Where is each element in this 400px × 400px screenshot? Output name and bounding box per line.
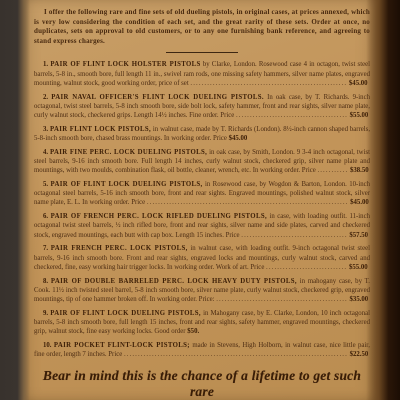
item-number: 8. <box>43 278 48 285</box>
listing-item: 7. PAIR FRENCH PERC. LOCK PISTOLS, in wa… <box>34 244 370 272</box>
item-title: PAIR OF FLINT LOCK HOLSTER PISTOLS <box>50 61 200 68</box>
item-title: PAIR FRENCH PERC. LOCK PISTOLS, <box>51 245 188 252</box>
page-content: I offer the following rare and fine sets… <box>34 8 370 400</box>
item-price: $45.00 <box>349 80 368 87</box>
dot-leader: ........................................… <box>147 199 349 206</box>
listing-item: 6. PAIR OF FRENCH PERC. LOCK RIFLED DUEL… <box>34 212 370 240</box>
listing-item: 8. PAIR OF DOUBLE BARRELED PERC. LOCK HE… <box>34 277 370 305</box>
intro-paragraph: I offer the following rare and fine sets… <box>34 8 370 46</box>
item-number: 6. <box>43 213 48 220</box>
listing-item: 9. PAIR OF FLINT LOCK DUELING PISTOLS, i… <box>34 309 370 337</box>
right-edge-shadow <box>366 0 400 400</box>
scanned-catalog-page: I offer the following rare and fine sets… <box>0 0 400 400</box>
item-title: PAIR FLINT LOCK PISTOLS, <box>50 126 151 133</box>
left-edge-shadow <box>0 0 30 400</box>
item-number: 3. <box>43 126 48 133</box>
listing-item: 5. PAIR OF FLINT LOCK DUELING PISTOLS, i… <box>34 180 370 208</box>
dot-leader: ........................................… <box>190 80 347 87</box>
paper: I offer the following rare and fine sets… <box>20 0 382 400</box>
listing-item: 2. PAIR NAVAL OFFICER'S FLINT LOCK DUELI… <box>34 93 370 121</box>
item-number: 5. <box>43 181 48 188</box>
item-number: 4. <box>43 149 48 156</box>
item-price: $55.00 <box>349 264 368 271</box>
item-number: 1. <box>43 61 48 68</box>
dot-leader: ............................. <box>266 264 347 271</box>
item-title: PAIR OF FRENCH PERC. LOCK RIFLED DUELING… <box>51 213 267 220</box>
item-title: PAIR FINE PERC. LOCK DUELING PISTOLS, <box>50 149 207 156</box>
item-price: $45.00 <box>229 135 248 142</box>
dot-leader: ...................................... <box>241 232 347 239</box>
item-title: PAIR POCKET FLINT-LOCK PISTOLS; <box>54 342 190 349</box>
item-title: PAIR OF FLINT LOCK DUELING PISTOLS, <box>50 310 201 317</box>
dot-leader: ........................................… <box>216 296 348 303</box>
listing-item: 3. PAIR FLINT LOCK PISTOLS, in walnut ca… <box>34 125 370 143</box>
dot-leader: ........... <box>317 167 348 174</box>
item-number: 7. <box>43 245 48 252</box>
dot-leader: ........................................… <box>124 351 348 358</box>
footer-slogan: Bear in mind this is the chance of a lif… <box>42 368 362 400</box>
listing-item: 4. PAIR FINE PERC. LOCK DUELING PISTOLS,… <box>34 148 370 176</box>
listing-item: 1. PAIR OF FLINT LOCK HOLSTER PISTOLS by… <box>34 60 370 88</box>
item-title: PAIR NAVAL OFFICER'S FLINT LOCK DUELING … <box>51 94 264 101</box>
item-title: PAIR OF FLINT LOCK DUELING PISTOLS, <box>51 181 203 188</box>
item-number: 2. <box>43 94 48 101</box>
item-price: $50. <box>187 328 199 335</box>
item-number: 9. <box>43 310 48 317</box>
divider-rule <box>166 52 238 53</box>
item-number: 10. <box>43 342 52 349</box>
pistol-listing: 1. PAIR OF FLINT LOCK HOLSTER PISTOLS by… <box>34 60 370 359</box>
dot-leader: ........................................ <box>236 112 348 119</box>
listing-item: 10. PAIR POCKET FLINT-LOCK PISTOLS; made… <box>34 341 370 359</box>
item-title: PAIR OF DOUBLE BARRELED PERC. LOCK HEAVY… <box>51 278 297 285</box>
